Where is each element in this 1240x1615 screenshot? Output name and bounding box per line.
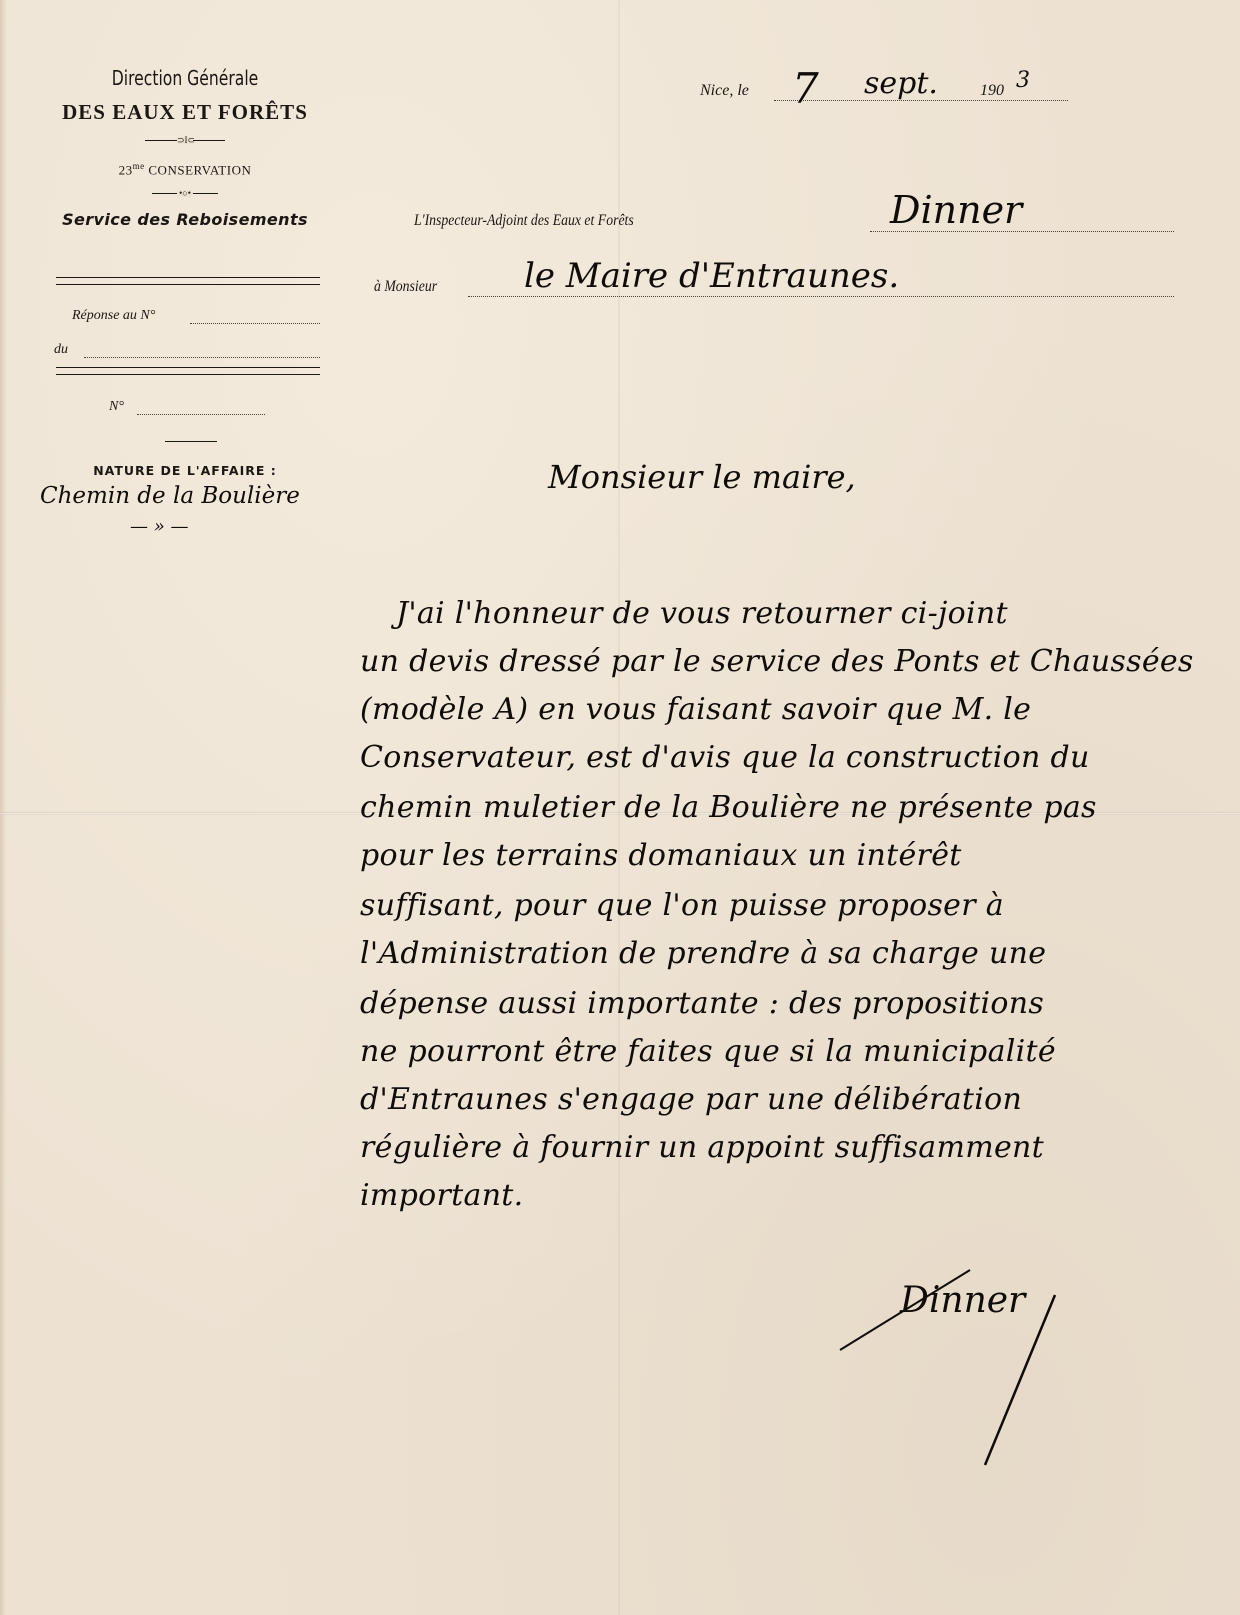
body-line: Conservateur, est d'avis que la construc… bbox=[360, 740, 1090, 775]
letterhead-department: DES EAUX ET FORÊTS bbox=[50, 100, 320, 125]
body-line: dépense aussi importante : des propositi… bbox=[360, 986, 1044, 1021]
nature-ditto: — » — bbox=[130, 516, 188, 537]
ornament-divider-icon: ⊃I⊂ bbox=[145, 137, 225, 145]
letterhead-direction: Direction Générale bbox=[80, 66, 291, 90]
date-month: sept. bbox=[864, 66, 938, 101]
body-line: régulière à fournir un appoint suffisamm… bbox=[360, 1130, 1044, 1165]
date-line: Nice, le 7 sept. 190 3 bbox=[700, 72, 1060, 112]
letterhead-service: Service des Reboisements bbox=[50, 210, 320, 229]
signature: Dinner bbox=[790, 1250, 1090, 1470]
sender-row: L'Inspecteur-Adjoint des Eaux et Forêts … bbox=[414, 208, 1174, 244]
date-year-prefix: 190 bbox=[980, 82, 1004, 100]
body-line: J'ai l'honneur de vous retourner ci-join… bbox=[396, 596, 1008, 631]
date-year-suffix: 3 bbox=[1016, 68, 1030, 93]
body-line: suffisant, pour que l'on puisse proposer… bbox=[360, 888, 1004, 923]
nature-label: NATURE DE L'AFFAIRE : bbox=[50, 463, 320, 478]
signature-name: Dinner bbox=[900, 1280, 1025, 1321]
double-rule-divider bbox=[56, 367, 320, 375]
numero-label: N° bbox=[109, 399, 124, 415]
short-divider bbox=[165, 441, 217, 442]
nature-value: Chemin de la Boulière bbox=[40, 483, 340, 509]
date-day: 7 bbox=[792, 64, 819, 113]
body-line: pour les terrains domaniaux un intérêt bbox=[360, 838, 962, 873]
body-line: chemin muletier de la Boulière ne présen… bbox=[360, 790, 1097, 825]
double-rule-divider bbox=[56, 277, 320, 285]
recipient-name: le Maire d'Entraunes. bbox=[524, 256, 899, 296]
letterhead-conservation: 23me CONSERVATION bbox=[50, 161, 320, 178]
letterhead: Direction Générale DES EAUX ET FORÊTS ⊃I… bbox=[50, 66, 320, 229]
salutation: Monsieur le maire, bbox=[548, 458, 856, 496]
du-label: du bbox=[54, 342, 68, 358]
date-city: Nice, le bbox=[700, 82, 749, 100]
sender-name: Dinner bbox=[890, 188, 1022, 232]
body-line: un devis dressé par le service des Ponts… bbox=[360, 644, 1194, 679]
du-date-field[interactable] bbox=[84, 356, 320, 358]
recipient-row: à Monsieur le Maire d'Entraunes. bbox=[374, 266, 1174, 306]
body-line: (modèle A) en vous faisant savoir que M.… bbox=[360, 692, 1031, 727]
body-line: d'Entraunes s'engage par une délibératio… bbox=[360, 1082, 1022, 1117]
numero-field[interactable] bbox=[137, 413, 265, 415]
recipient-label: à Monsieur bbox=[374, 278, 437, 296]
paper-edge bbox=[0, 0, 6, 1615]
ornament-divider-icon: •○• bbox=[152, 190, 218, 198]
reponse-number-field[interactable] bbox=[190, 322, 320, 324]
body-line: important. bbox=[360, 1178, 524, 1213]
reponse-label: Réponse au N° bbox=[72, 308, 155, 324]
body-line: l'Administration de prendre à sa charge … bbox=[360, 936, 1046, 971]
body-line: ne pourront être faites que si la munici… bbox=[360, 1034, 1056, 1069]
sender-label: L'Inspecteur-Adjoint des Eaux et Forêts bbox=[414, 212, 634, 230]
